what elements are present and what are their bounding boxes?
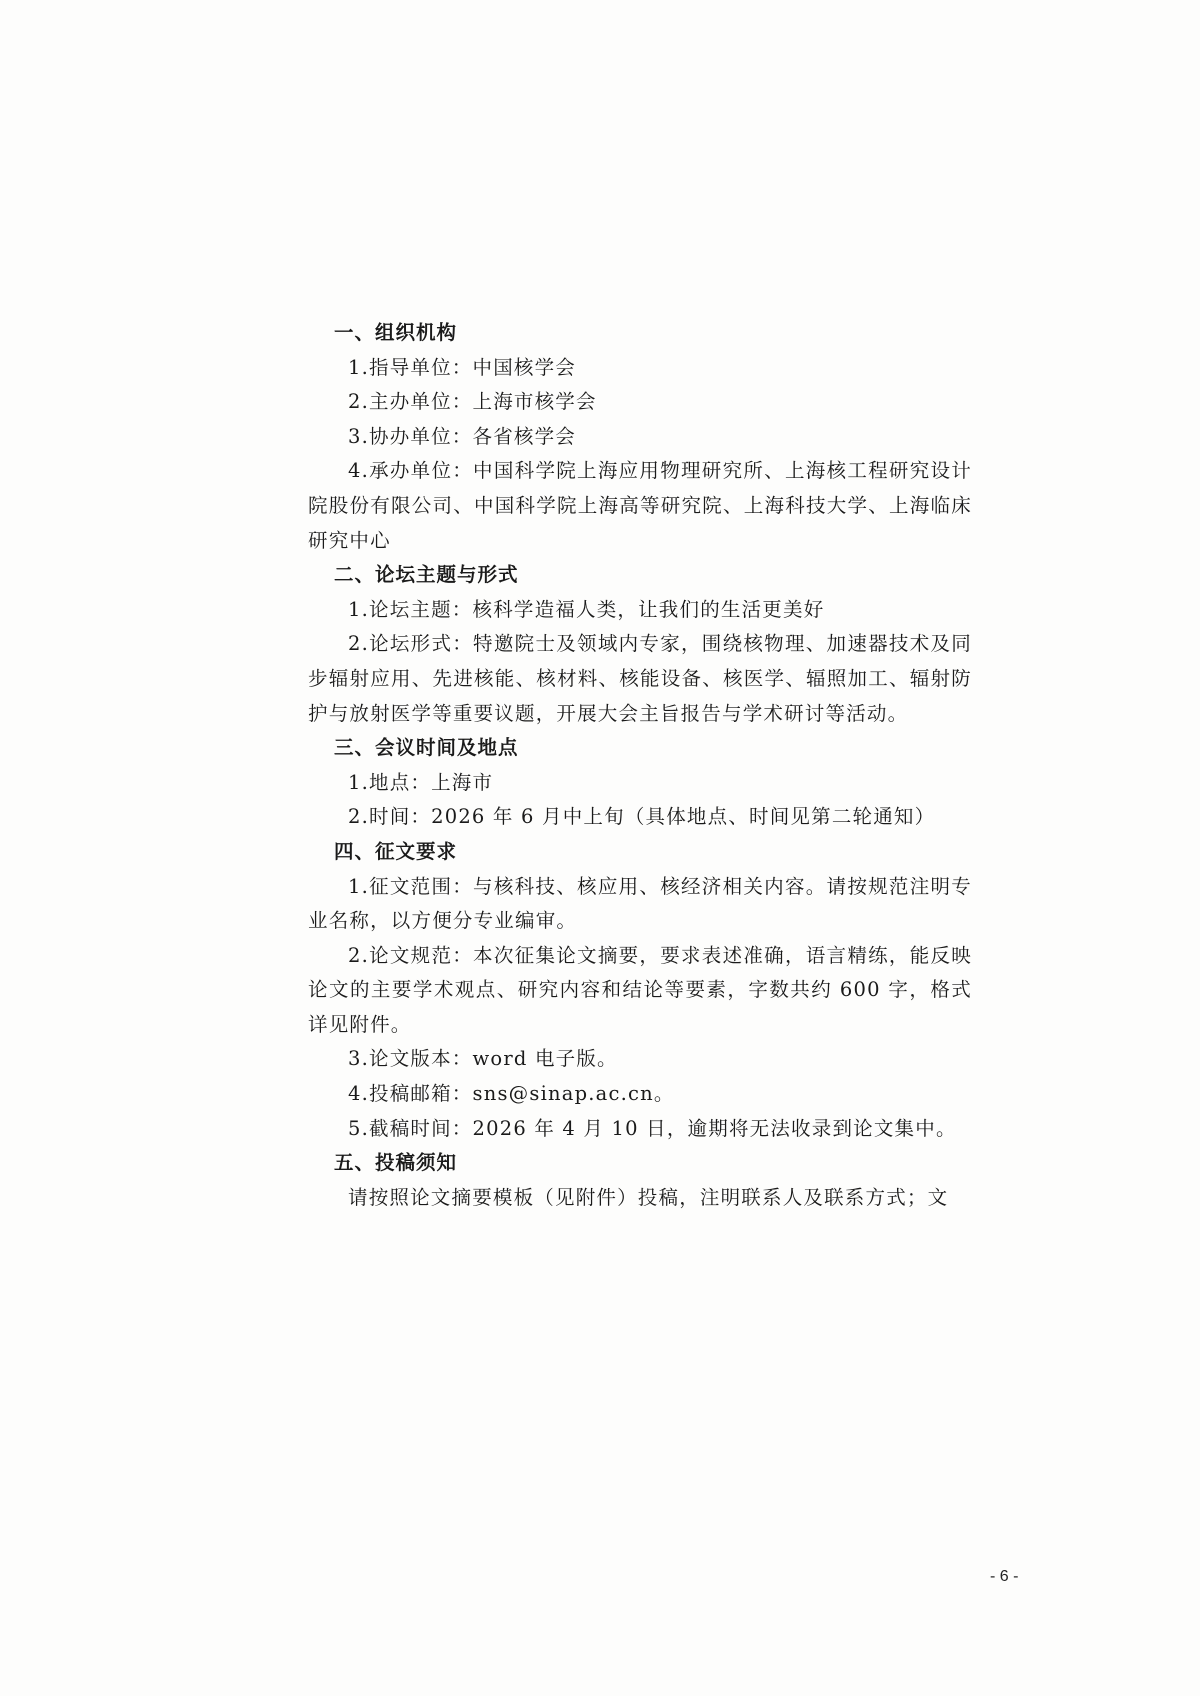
section-submission-notice: 五、投稿须知 请按照论文摘要模板（见附件）投稿，注明联系人及联系方式；文: [308, 1146, 972, 1215]
paragraph-co-host-unit: 3.协办单位：各省核学会: [308, 420, 972, 455]
section-heading: 三、会议时间及地点: [308, 731, 972, 766]
section-submission-requirements: 四、征文要求 1.征文范围：与核科技、核应用、核经济相关内容。请按规范注明专业名…: [308, 835, 972, 1146]
document-page: 一、组织机构 1.指导单位：中国核学会 2.主办单位：上海市核学会 3.协办单位…: [0, 0, 1200, 1696]
paragraph-deadline: 5.截稿时间：2026 年 4 月 10 日，逾期将无法收录到论文集中。: [308, 1112, 972, 1147]
section-forum-theme: 二、论坛主题与形式 1.论坛主题：核科学造福人类，让我们的生活更美好 2.论坛形…: [308, 558, 972, 731]
paragraph-scope: 1.征文范围：与核科技、核应用、核经济相关内容。请按规范注明专业名称，以方便分专…: [308, 870, 972, 939]
section-heading: 二、论坛主题与形式: [308, 558, 972, 593]
paragraph-forum-format: 2.论坛形式：特邀院士及领域内专家，围绕核物理、加速器技术及同步辐射应用、先进核…: [308, 627, 972, 731]
page-number: - 6 -: [990, 1568, 1018, 1586]
paragraph-paper-version: 3.论文版本：word 电子版。: [308, 1042, 972, 1077]
section-heading: 四、征文要求: [308, 835, 972, 870]
section-heading: 五、投稿须知: [308, 1146, 972, 1181]
section-organization: 一、组织机构 1.指导单位：中国核学会 2.主办单位：上海市核学会 3.协办单位…: [308, 316, 972, 558]
section-heading: 一、组织机构: [308, 316, 972, 351]
paragraph-location: 1.地点：上海市: [308, 766, 972, 801]
paragraph-organizer-unit: 4.承办单位：中国科学院上海应用物理研究所、上海核工程研究设计院股份有限公司、中…: [308, 454, 972, 558]
paragraph-forum-theme: 1.论坛主题：核科学造福人类，让我们的生活更美好: [308, 593, 972, 628]
paragraph-guiding-unit: 1.指导单位：中国核学会: [308, 351, 972, 386]
section-time-location: 三、会议时间及地点 1.地点：上海市 2.时间：2026 年 6 月中上旬（具体…: [308, 731, 972, 835]
document-body: 一、组织机构 1.指导单位：中国核学会 2.主办单位：上海市核学会 3.协办单位…: [308, 316, 972, 1215]
paragraph-time: 2.时间：2026 年 6 月中上旬（具体地点、时间见第二轮通知）: [308, 800, 972, 835]
paragraph-notice: 请按照论文摘要模板（见附件）投稿，注明联系人及联系方式；文: [308, 1181, 972, 1216]
paragraph-host-unit: 2.主办单位：上海市核学会: [308, 385, 972, 420]
paragraph-submission-email: 4.投稿邮箱：sns@sinap.ac.cn。: [308, 1077, 972, 1112]
paragraph-paper-format: 2.论文规范：本次征集论文摘要，要求表述准确，语言精练，能反映论文的主要学术观点…: [308, 939, 972, 1043]
